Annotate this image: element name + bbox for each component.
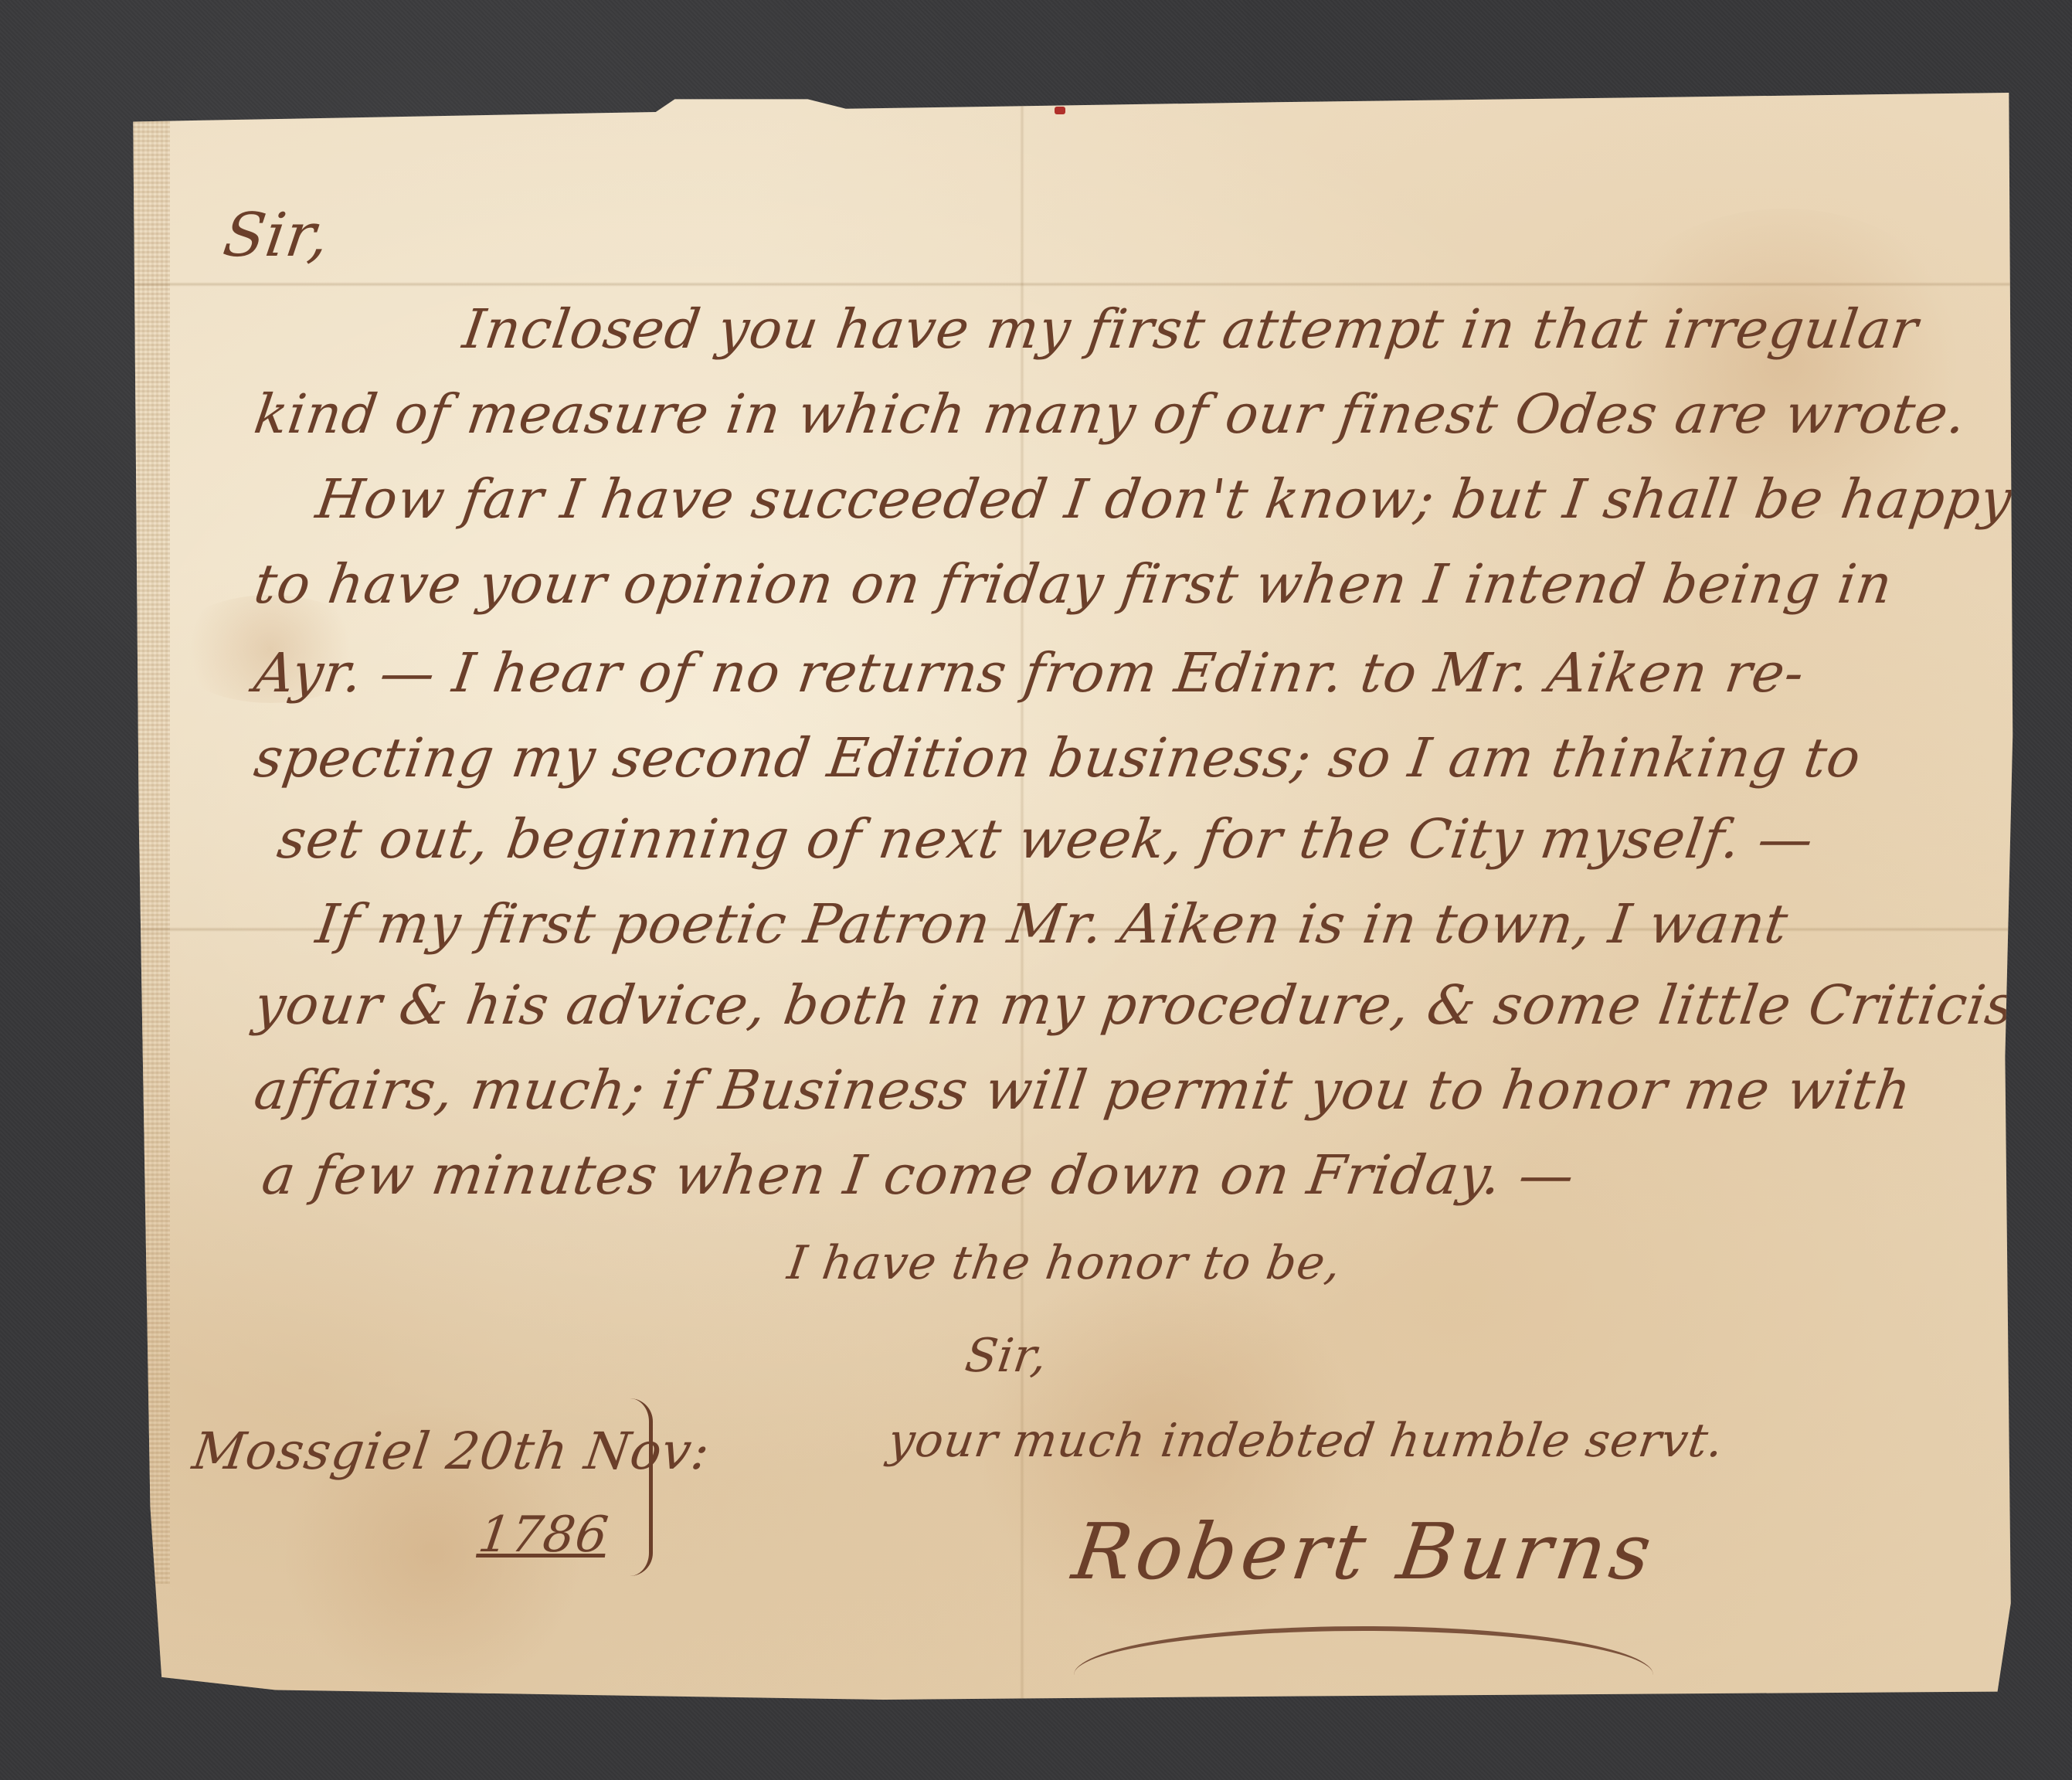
letter-line-4: to have your opinion on friday first whe… (250, 552, 1897, 616)
red-seal-mark (1055, 107, 1065, 114)
signature: Robert Burns (1068, 1507, 1661, 1597)
dateline-bracket (618, 1398, 653, 1576)
letter-line-6: specting my second Edition business; so … (250, 726, 1865, 790)
dateline-year: 1786 (475, 1507, 612, 1564)
letter-line-9: your & his advice, both in my procedure,… (250, 973, 2070, 1037)
letter-line-1: Inclosed you have my first attempt in th… (459, 297, 1922, 361)
letter-page: Sir, Inclosed you have my first attempt … (124, 93, 2024, 1700)
closing-line-2: Sir, (962, 1329, 1051, 1383)
letter-line-10: affairs, much; if Business will permit y… (250, 1058, 1915, 1122)
salutation: Sir, (219, 201, 335, 270)
letter-line-3: How far I have succeeded I don't know; b… (312, 467, 2016, 531)
letter-line-11: a few minutes when I come down on Friday… (258, 1143, 1578, 1207)
closing-line-3: your much indebted humble servt. (885, 1414, 1727, 1468)
letter-line-8: If my first poetic Patron Mr. Aiken is i… (312, 892, 1792, 956)
letter-line-7: set out, beginning of next week, for the… (273, 807, 1818, 871)
closing-line-1: I have the honor to be, (784, 1236, 1344, 1290)
letter-line-5: Ayr. — I hear of no returns from Edinr. … (250, 641, 1809, 705)
letter-line-2: kind of measure in which many of our fin… (250, 382, 1970, 446)
